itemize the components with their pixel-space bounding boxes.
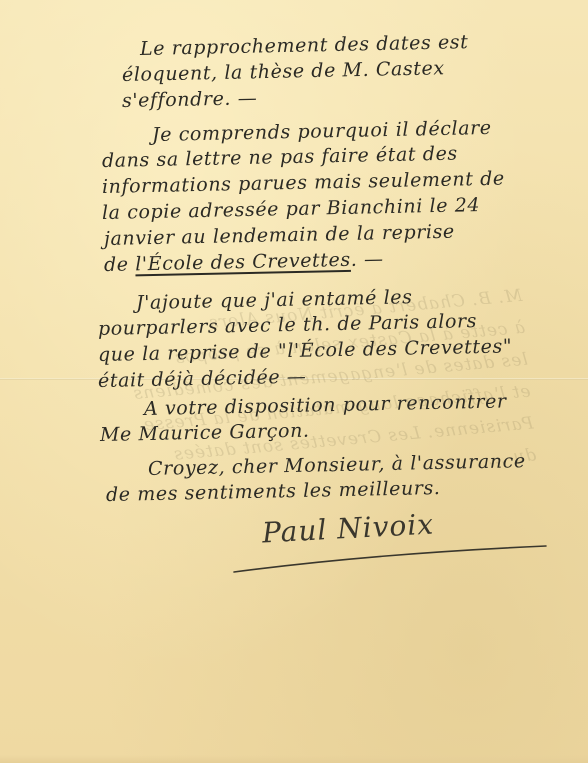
letter-line: janvier au lendemain de la reprise [104,221,455,250]
letter-line: informations parues mais seulement de [102,168,505,198]
letter-line: s'effondre. — [122,87,258,112]
suffix: . — [350,248,383,271]
letter-line: éloquent, la thèse de M. Castex [122,57,445,86]
underlined-title: l'École des Crevettes [135,249,351,276]
paper-edge [0,755,588,763]
letter-line: Je comprends pourquoi il déclare [152,117,492,146]
letter-line: était déjà décidée — [98,366,307,392]
signature-flourish-icon [230,540,550,580]
letter-line: Me Maurice Garçon. [100,420,310,446]
prefix: de [104,253,136,276]
letter-page: M. B. Chabert a écrit Nous Alors à cette… [0,0,588,763]
letter-line: Le rapprochement des dates est [140,31,469,60]
letter-line-underlined: de l'École des Crevettes. — [104,248,384,276]
letter-line: la copie adressée par Bianchini le 24 [102,194,481,224]
letter-line: dans sa lettre ne pas faire état des [102,143,458,172]
